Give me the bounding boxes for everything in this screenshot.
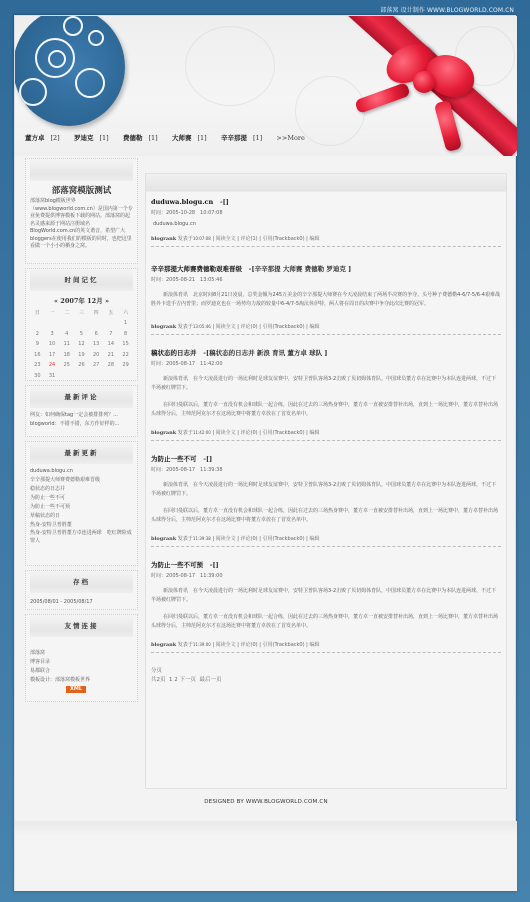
post-divider [151, 652, 501, 653]
tag-link[interactable]: 董方卓[2] [25, 134, 66, 142]
papercut-mouse-logo [15, 16, 125, 126]
post-divider [151, 334, 501, 335]
friend-link[interactable]: 易都联合 [30, 667, 133, 676]
page-container: 董方卓[2] 罗迪克[1] 费德勒[1] 大师赛[1] 辛辛那提[1] >>Mo… [14, 15, 516, 891]
post-meta: blogrank 发表于11:39:38 | 阅读全文 | 评论(0) | 引用… [151, 535, 501, 542]
red-bow-tail-icon [354, 82, 410, 114]
recent-comments-header: 最新评论 [30, 386, 133, 408]
post-title-link[interactable]: duduwa.blogu.cn [151, 198, 213, 206]
tag-link[interactable]: 罗迪克[1] [74, 134, 115, 142]
last-page-link[interactable]: 最后一页 [200, 677, 222, 683]
xml-feed-badge[interactable]: XML [66, 686, 86, 693]
calendar-header: 时间记忆 [30, 269, 133, 291]
read-more-link[interactable]: 阅读全文 [216, 536, 236, 542]
post-time: 时间：2005-08-17 11:42:00 [151, 360, 501, 367]
blog-post: 稿状态的日志并 -[稿状态的日志并 新浪 育讯 董方卓 球队 ] 时间：2005… [146, 348, 506, 441]
about-box-header [30, 159, 133, 181]
post-title-link[interactable]: 辛辛那提大师赛费德勒艰难晋级 [151, 265, 242, 273]
post-body: 在回归曼联以后，董方卓一直没有机会和球队一起合练，因此在过去的三场热身赛中，董方… [151, 507, 501, 525]
post-body: 在回归曼联以后，董方卓一直没有机会和球队一起合练，因此在过去的三场热身赛中，董方… [151, 401, 501, 419]
trackback-link[interactable]: 引用(Trackback0) [263, 430, 305, 436]
pagination-label: 分页 [151, 667, 501, 676]
update-link[interactable]: 热身-安特卫普胜董 [30, 521, 133, 530]
post-body: 新浪体育讯 在今天凌晨进行的一场比利时足球友谊赛中，安特卫普队客场3-2击败了贝… [151, 375, 501, 393]
update-link[interactable]: 辛辛那提大师赛费德勒艰难晋级 [30, 476, 133, 485]
post-divider [151, 246, 501, 247]
comment-link[interactable]: blogworld：不错不错，东方作好样的... [30, 420, 133, 429]
post-body: 在回归曼联以后，董方卓一直没有机会和球队一起合练，因此在过去的三场热身赛中，董方… [151, 613, 501, 631]
footer-band [15, 821, 517, 891]
edit-link[interactable]: 编辑 [309, 236, 319, 242]
post-author[interactable]: blogrank [151, 536, 176, 542]
update-link[interactable]: 为防止一些不可 [30, 494, 133, 503]
post-tags[interactable]: -[稿状态的日志并 新浪 育讯 董方卓 球队 ] [203, 349, 327, 357]
friend-link[interactable]: 模板设计：部落窝模板世界 [30, 676, 133, 685]
calendar-box: 时间记忆 « 2007年 12月 » 日一二三四五六 1 2345678 910… [25, 268, 138, 381]
read-more-link[interactable]: 阅读全文 [216, 236, 236, 242]
edit-link[interactable]: 编辑 [309, 324, 319, 330]
post-meta: blogrank 发表于13:05:46 | 阅读全文 | 评论(0) | 引用… [151, 323, 501, 330]
blog-description: 部落窝blog模板世界（www.blogworld.com.cn）是国内第一个专… [30, 198, 133, 251]
friend-link[interactable]: 博客目录 [30, 658, 133, 667]
comments-link[interactable]: 评论(1) [241, 236, 258, 242]
read-more-link[interactable]: 阅读全文 [216, 430, 236, 436]
update-link[interactable]: 稳状态的日志并 [30, 485, 133, 494]
blog-post: duduwa.blogu.cn -[] 时间：2005-10-28 10:07:… [146, 198, 506, 247]
more-tags-link[interactable]: >>More [276, 134, 304, 142]
archive-header: 存档 [30, 571, 133, 593]
calendar-grid: 日一二三四五六 1 2345678 9101112131415 16171819… [30, 308, 133, 382]
post-author[interactable]: blogrank [151, 642, 176, 648]
links-header: 友情连接 [30, 615, 133, 637]
next-page-link[interactable]: 下一页 [180, 677, 197, 683]
main-content: duduwa.blogu.cn -[] 时间：2005-10-28 10:07:… [145, 173, 507, 789]
post-tags[interactable]: -[辛辛那提 大师赛 费德勒 罗迪克 ] [249, 265, 351, 273]
comments-link[interactable]: 评论(0) [241, 536, 258, 542]
post-meta: blogrank 发表于11:39:00 | 阅读全文 | 评论(0) | 引用… [151, 641, 501, 648]
post-tags: -[] [220, 198, 229, 206]
trackback-link[interactable]: 引用(Trackback0) [263, 536, 305, 542]
post-author[interactable]: blogrank [151, 324, 176, 330]
post-author[interactable]: blogrank [151, 430, 176, 436]
post-body: 新浪体育讯 北京时间8月21日凌晨，总奖金额为245万美金的辛辛那提大师赛在今天… [151, 291, 501, 309]
tag-link[interactable]: 大师赛[1] [172, 134, 213, 142]
archive-box: 存档 2005/08/01 - 2005/08/17 [25, 570, 138, 610]
edit-link[interactable]: 编辑 [309, 536, 319, 542]
comments-link[interactable]: 评论(0) [241, 430, 258, 436]
comment-link[interactable]: 网友：如何确保tag一定会被排排列？... [30, 411, 133, 420]
post-body: 新浪体育讯 在今天凌晨进行的一场比利时足球友谊赛中，安特卫普队客场3-2击败了贝… [151, 481, 501, 499]
tag-link[interactable]: 费德勒[1] [123, 134, 164, 142]
recent-updates-box: 最新更新 duduwa.blogu.cn 辛辛那提大师赛费德勒艰难晋级 稳状态的… [25, 441, 138, 566]
page-number-links[interactable]: 1 2 [169, 677, 178, 683]
edit-link[interactable]: 编辑 [309, 430, 319, 436]
post-time: 时间：2005-08-17 11:39:00 [151, 572, 501, 579]
post-tags: -[] [210, 561, 219, 569]
blog-title: 部落窝模版测试 [30, 187, 133, 196]
sidebar: 部落窝模版测试 部落窝blog模板世界（www.blogworld.com.cn… [25, 158, 138, 706]
edit-link[interactable]: 编辑 [309, 642, 319, 648]
header-banner: 董方卓[2] 罗迪克[1] 费德勒[1] 大师赛[1] 辛辛那提[1] >>Mo… [15, 16, 517, 156]
content-top-bar [146, 174, 506, 192]
post-title-link[interactable]: 为防止一些不可预 [151, 561, 203, 569]
calendar-day[interactable]: 1 [118, 319, 133, 330]
friend-link[interactable]: 部落窝 [30, 649, 133, 658]
top-credit: 部落窝 设计制作 WWW.BLOGWORLD.COM.CN [380, 5, 514, 14]
post-title-link[interactable]: 为防止一些不可 [151, 455, 197, 463]
footer-credit: DESIGNED BY WWW.BLOGWORLD.COM.CN [15, 799, 517, 805]
post-author[interactable]: blogrank [151, 236, 176, 242]
post-body: duduwa.blogu.cn [151, 220, 501, 229]
post-divider [151, 440, 501, 441]
floral-pattern-decoration [185, 26, 275, 106]
post-meta: blogrank 发表于10:07:08 | 阅读全文 | 评论(1) | 引用… [151, 235, 501, 242]
calendar-month-nav[interactable]: « 2007年 12月 » [30, 297, 133, 306]
comments-link[interactable]: 评论(0) [241, 642, 258, 648]
tag-link[interactable]: 辛辛那提[1] [221, 134, 268, 142]
tag-cloud: 董方卓[2] 罗迪克[1] 费德勒[1] 大师赛[1] 辛辛那提[1] >>Mo… [25, 133, 311, 142]
calendar-today[interactable]: 24 [45, 361, 60, 372]
post-tags: -[] [203, 455, 212, 463]
blog-post: 为防止一些不可 -[] 时间：2005-08-17 11:39:38 新浪体育讯… [146, 454, 506, 547]
archive-link[interactable]: 2005/08/01 - 2005/08/17 [30, 598, 133, 607]
trackback-link[interactable]: 引用(Trackback0) [263, 236, 305, 242]
links-box: 友情连接 部落窝 博客目录 易都联合 模板设计：部落窝模板世界 XML [25, 614, 138, 702]
blog-post: 为防止一些不可预 -[] 时间：2005-08-17 11:39:00 新浪体育… [146, 560, 506, 653]
blog-post: 辛辛那提大师赛费德勒艰难晋级 -[辛辛那提 大师赛 费德勒 罗迪克 ] 时间：2… [146, 264, 506, 335]
recent-comments-box: 最新评论 网友：如何确保tag一定会被排排列？... blogworld：不错不… [25, 385, 138, 437]
trackback-link[interactable]: 引用(Trackback0) [263, 324, 305, 330]
red-bow-knot-icon [413, 71, 435, 93]
trackback-link[interactable]: 引用(Trackback0) [263, 642, 305, 648]
post-meta: blogrank 发表于11:42:00 | 阅读全文 | 评论(0) | 引用… [151, 429, 501, 436]
page-count: 共2页 [151, 677, 166, 683]
post-time: 时间：2005-10-28 10:07:08 [151, 209, 501, 216]
post-body: 新浪体育讯 在今天凌晨进行的一场比利时足球友谊赛中，安特卫普队客场3-2击败了贝… [151, 587, 501, 605]
post-title-link[interactable]: 稿状态的日志并 [151, 349, 197, 357]
comments-link[interactable]: 评论(0) [241, 324, 258, 330]
post-time: 时间：2005-08-17 11:39:38 [151, 466, 501, 473]
post-time: 时间：2005-08-21 13:05:46 [151, 276, 501, 283]
update-link[interactable]: duduwa.blogu.cn [30, 467, 133, 476]
recent-updates-header: 最新更新 [30, 442, 133, 464]
read-more-link[interactable]: 阅读全文 [216, 324, 236, 330]
post-divider [151, 546, 501, 547]
update-link[interactable]: 草稿状态的日 [30, 512, 133, 521]
update-link[interactable]: 热身-安特卫普胜董方卓连进两球 吃红牌险成罪人 [30, 530, 133, 545]
pagination: 分页 共2页 1 2 下一页 最后一页 [146, 667, 506, 685]
read-more-link[interactable]: 阅读全文 [216, 642, 236, 648]
update-link[interactable]: 为防止一些不可预 [30, 503, 133, 512]
about-box: 部落窝模版测试 部落窝blog模板世界（www.blogworld.com.cn… [25, 158, 138, 264]
